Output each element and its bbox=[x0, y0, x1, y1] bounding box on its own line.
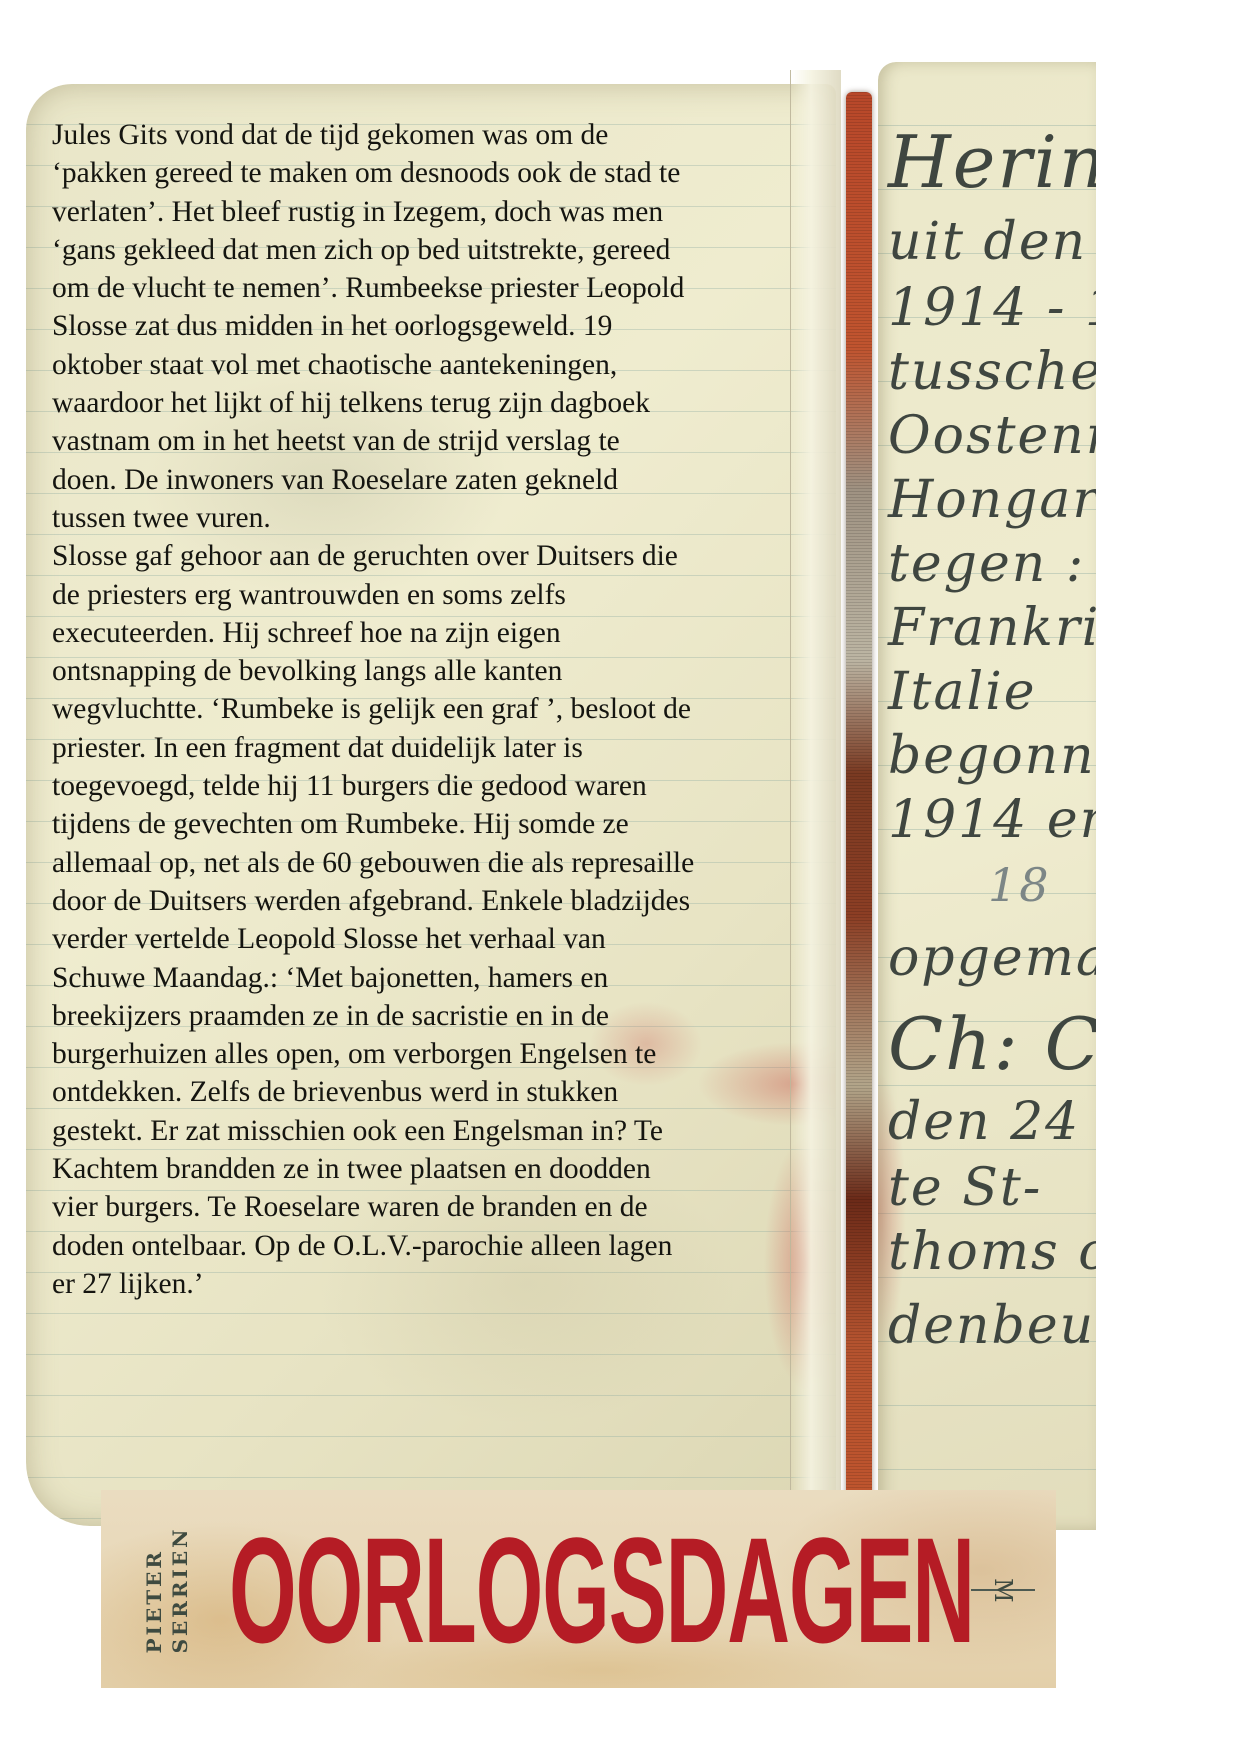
handwriting-line: Ch: C bbox=[888, 1002, 1096, 1086]
handwriting-line: 1914 en bbox=[888, 790, 1096, 850]
text-line: om de vlucht te nemen’. Rumbeekse priest… bbox=[52, 269, 832, 307]
text-line: wegvluchtte. ‘Rumbeke is gelijk een graf… bbox=[52, 690, 832, 728]
text-line: burgerhuizen alles open, om verborgen En… bbox=[52, 1035, 832, 1073]
handwriting-line: 1914 - 19 bbox=[888, 278, 1096, 338]
handwriting-line: 18 bbox=[988, 858, 1051, 912]
text-line: priester. In een fragment dat duidelijk … bbox=[52, 729, 832, 767]
author-name: PIETER SERRIEN bbox=[137, 1510, 197, 1670]
text-line: allemaal op, net als de 60 gebouwen die … bbox=[52, 844, 832, 882]
handwriting-line: begonn bbox=[888, 726, 1096, 786]
text-line: vastnam om in het heetst van de strijd v… bbox=[52, 422, 832, 460]
handwriting-line: Hongarij bbox=[888, 470, 1096, 530]
handwriting-line: te St- bbox=[888, 1158, 1042, 1218]
text-line: Jules Gits vond dat de tijd gekomen was … bbox=[52, 116, 832, 154]
text-line: waardoor het lijkt of hij telkens terug … bbox=[52, 384, 832, 422]
handwriting-line: uit den bbox=[888, 212, 1087, 272]
text-line: ontsnapping de bevolking langs alle kant… bbox=[52, 652, 832, 690]
handwriting-line: den 24 bbox=[888, 1092, 1080, 1152]
text-line: verlaten’. Het bleef rustig in Izegem, d… bbox=[52, 193, 832, 231]
notebook-spine bbox=[846, 92, 872, 1512]
publisher-mark: M bbox=[987, 1578, 1019, 1602]
handwriting-line: thoms o bbox=[888, 1222, 1096, 1282]
handwriting-line: tusschen bbox=[888, 342, 1096, 402]
handwriting-line: tegen : bbox=[888, 534, 1085, 594]
text-line: toegevoegd, telde hij 11 burgers die ged… bbox=[52, 767, 832, 805]
handwriting-line: Italie bbox=[888, 662, 1036, 722]
handwriting-line: Oostenrij bbox=[888, 406, 1096, 466]
text-line: executeerden. Hij schreef hoe na zijn ei… bbox=[52, 614, 832, 652]
publisher-logo-icon: M bbox=[971, 1570, 1035, 1610]
text-line: er 27 lijken.’ bbox=[52, 1265, 832, 1303]
author-last-name: SERRIEN bbox=[167, 1527, 193, 1654]
text-line: tussen twee vuren. bbox=[52, 499, 832, 537]
book-title: OORLOGSDAGEN bbox=[229, 1520, 974, 1660]
text-line: verder vertelde Leopold Slosse het verha… bbox=[52, 920, 832, 958]
author-first-name: PIETER bbox=[141, 1527, 167, 1654]
book-title-banner: PIETER SERRIEN OORLOGSDAGEN M bbox=[101, 1490, 1056, 1688]
text-line: tijdens de gevechten om Rumbeke. Hij som… bbox=[52, 805, 832, 843]
handwriting-line: denbeut bbox=[888, 1296, 1096, 1356]
handwriting-line: Frankri bbox=[888, 598, 1096, 658]
text-line: Slosse zat dus midden in het oorlogsgewe… bbox=[52, 307, 832, 345]
text-line: Schuwe Maandag.: ‘Met bajonetten, hamers… bbox=[52, 959, 832, 997]
text-line: gestekt. Er zat misschien ook een Engels… bbox=[52, 1112, 832, 1150]
right-notebook-page-handwritten: Herin uit den 1914 - 19 tusschen Oostenr… bbox=[878, 62, 1096, 1530]
text-line: ‘gans gekleed dat men zich op bed uitstr… bbox=[52, 231, 832, 269]
text-line: ‘pakken gereed te maken om desnoods ook … bbox=[52, 154, 832, 192]
handwriting-line: opgema bbox=[888, 928, 1096, 988]
text-line: ontdekken. Zelfs de brievenbus werd in s… bbox=[52, 1073, 832, 1111]
text-line: oktober staat vol met chaotische aanteke… bbox=[52, 346, 832, 384]
handwriting-line: Herin bbox=[888, 120, 1096, 204]
text-line: doden ontelbaar. Op de O.L.V.-parochie a… bbox=[52, 1227, 832, 1265]
text-line: de priesters erg wantrouwden en soms zel… bbox=[52, 576, 832, 614]
text-line: door de Duitsers werden afgebrand. Enkel… bbox=[52, 882, 832, 920]
article-body-text: Jules Gits vond dat de tijd gekomen was … bbox=[52, 116, 832, 1303]
text-line: vier burgers. Te Roeselare waren de bran… bbox=[52, 1188, 832, 1226]
text-line: Kachtem brandden ze in twee plaatsen en … bbox=[52, 1150, 832, 1188]
text-line: Slosse gaf gehoor aan de geruchten over … bbox=[52, 537, 832, 575]
text-line: breekijzers praamden ze in de sacristie … bbox=[52, 997, 832, 1035]
text-line: doen. De inwoners van Roeselare zaten ge… bbox=[52, 461, 832, 499]
